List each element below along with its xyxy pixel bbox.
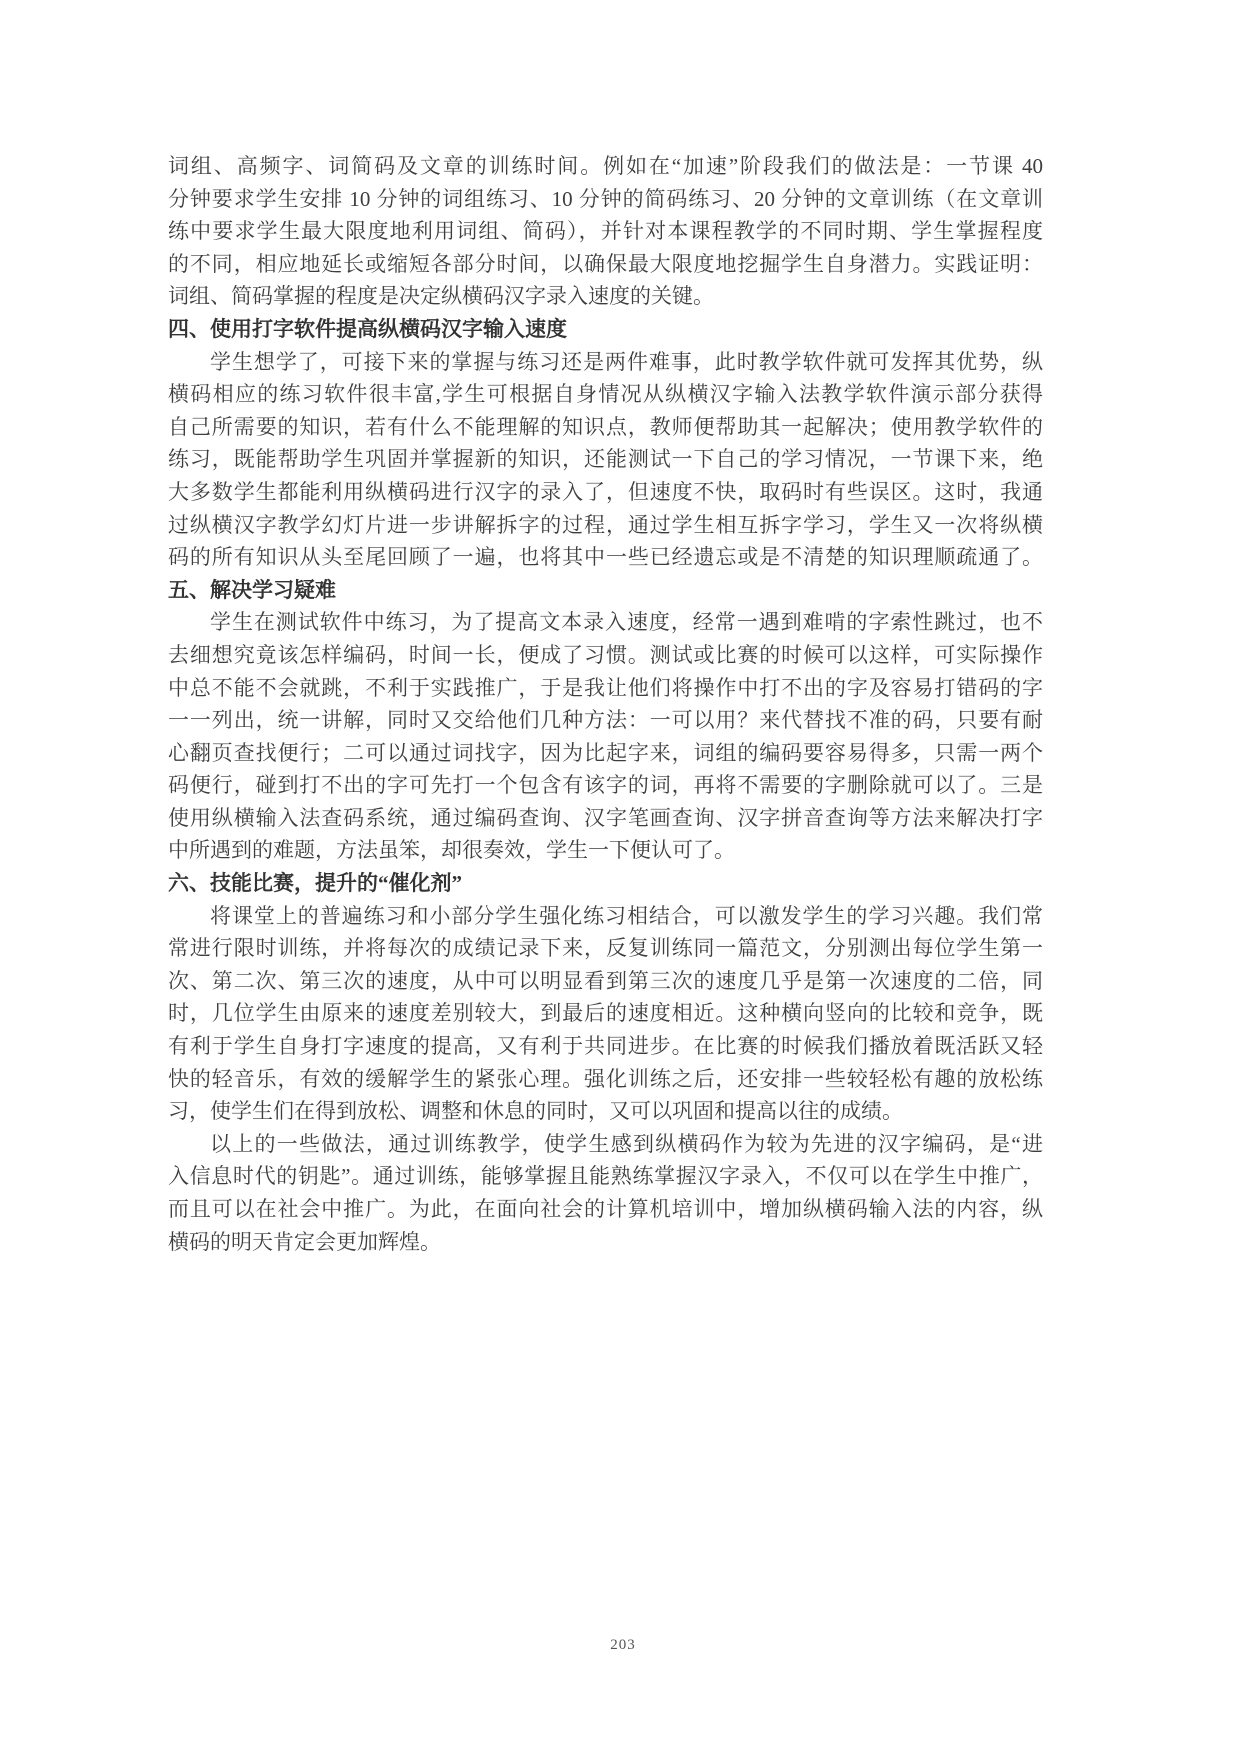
text-line: 词组、简码掌握的程度是决定纵横码汉字录入速度的关键。	[168, 280, 1043, 313]
text-line: 中总不能不会就跳，不利于实践推广，于是我让他们将操作中打不出的字及容易打错码的字	[168, 672, 1043, 705]
text-line: 学生在测试软件中练习，为了提高文本录入速度，经常一遇到难啃的字索性跳过，也不	[168, 606, 1043, 639]
text-line: 而且可以在社会中推广。为此，在面向社会的计算机培训中，增加纵横码输入法的内容，纵	[168, 1193, 1043, 1226]
text-line: 分钟要求学生安排 10 分钟的词组练习、10 分钟的简码练习、20 分钟的文章训…	[168, 183, 1043, 216]
text-line: 横码的明天肯定会更加辉煌。	[168, 1226, 1043, 1259]
text-line: 过纵横汉字教学幻灯片进一步讲解拆字的过程，通过学生相互拆字学习，学生又一次将纵横	[168, 509, 1043, 542]
text-line: 有利于学生自身打字速度的提高，又有利于共同进步。在比赛的时候我们播放着既活跃又轻	[168, 1030, 1043, 1063]
page-number: 203	[0, 1637, 1246, 1654]
section-header: 四、使用打字软件提高纵横码汉字输入速度	[168, 313, 1043, 346]
text-line: 次、第二次、第三次的速度，从中可以明显看到第三次的速度几乎是第一次速度的二倍，同	[168, 965, 1043, 998]
text-line: 练中要求学生最大限度地利用词组、简码），并针对本课程教学的不同时期、学生掌握程度	[168, 215, 1043, 248]
text-line: 词组、高频字、词简码及文章的训练时间。例如在“加速”阶段我们的做法是：一节课 4…	[168, 150, 1043, 183]
text-line: 快的轻音乐，有效的缓解学生的紧张心理。强化训练之后，还安排一些较轻松有趣的放松练	[168, 1063, 1043, 1096]
text-line: 练习，既能帮助学生巩固并掌握新的知识，还能测试一下自己的学习情况，一节课下来，绝	[168, 443, 1043, 476]
text-line: 大多数学生都能利用纵横码进行汉字的录入了，但速度不快，取码时有些误区。这时，我通	[168, 476, 1043, 509]
text-line: 以上的一些做法，通过训练教学，使学生感到纵横码作为较为先进的汉字编码，是“进	[168, 1128, 1043, 1161]
text-line: 去细想究竟该怎样编码，时间一长，便成了习惯。测试或比赛的时候可以这样，可实际操作	[168, 639, 1043, 672]
text-line: 时，几位学生由原来的速度差别较大，到最后的速度相近。这种横向竖向的比较和竞争，既	[168, 997, 1043, 1030]
text-line: 码的所有知识从头至尾回顾了一遍，也将其中一些已经遗忘或是不清楚的知识理顺疏通了。	[168, 541, 1043, 574]
text-line: 自己所需要的知识，若有什么不能理解的知识点，教师便帮助其一起解决；使用教学软件的	[168, 411, 1043, 444]
text-line: 心翻页查找便行；二可以通过词找字，因为比起字来，词组的编码要容易得多，只需一两个	[168, 737, 1043, 770]
text-line: 将课堂上的普遍练习和小部分学生强化练习相结合，可以激发学生的学习兴趣。我们常	[168, 900, 1043, 933]
text-line: 常进行限时训练，并将每次的成绩记录下来，反复训练同一篇范文，分别测出每位学生第一	[168, 932, 1043, 965]
text-line: 的不同，相应地延长或缩短各部分时间，以确保最大限度地挖掘学生自身潜力。实践证明：	[168, 248, 1043, 281]
text-line: 习，使学生们在得到放松、调整和休息的同时，又可以巩固和提高以往的成绩。	[168, 1095, 1043, 1128]
text-line: 学生想学了，可接下来的掌握与练习还是两件难事，此时教学软件就可发挥其优势，纵	[168, 346, 1043, 379]
text-line: 使用纵横输入法查码系统，通过编码查询、汉字笔画查询、汉字拼音查询等方法来解决打字	[168, 802, 1043, 835]
section-header: 六、技能比赛，提升的“催化剂”	[168, 867, 1043, 900]
text-line: 一一列出，统一讲解，同时又交给他们几种方法：一可以用？来代替找不准的码，只要有耐	[168, 704, 1043, 737]
text-block: 词组、高频字、词简码及文章的训练时间。例如在“加速”阶段我们的做法是：一节课 4…	[168, 150, 1043, 1258]
section-header: 五、解决学习疑难	[168, 574, 1043, 607]
text-line: 码便行，碰到打不出的字可先打一个包含有该字的词，再将不需要的字删除就可以了。三是	[168, 769, 1043, 802]
document-page: 词组、高频字、词简码及文章的训练时间。例如在“加速”阶段我们的做法是：一节课 4…	[0, 0, 1246, 1763]
text-line: 中所遇到的难题，方法虽笨，却很奏效，学生一下便认可了。	[168, 834, 1043, 867]
text-line: 横码相应的练习软件很丰富,学生可根据自身情况从纵横汉字输入法教学软件演示部分获得	[168, 378, 1043, 411]
text-line: 入信息时代的钥匙”。通过训练，能够掌握且能熟练掌握汉字录入，不仅可以在学生中推广…	[168, 1160, 1043, 1193]
